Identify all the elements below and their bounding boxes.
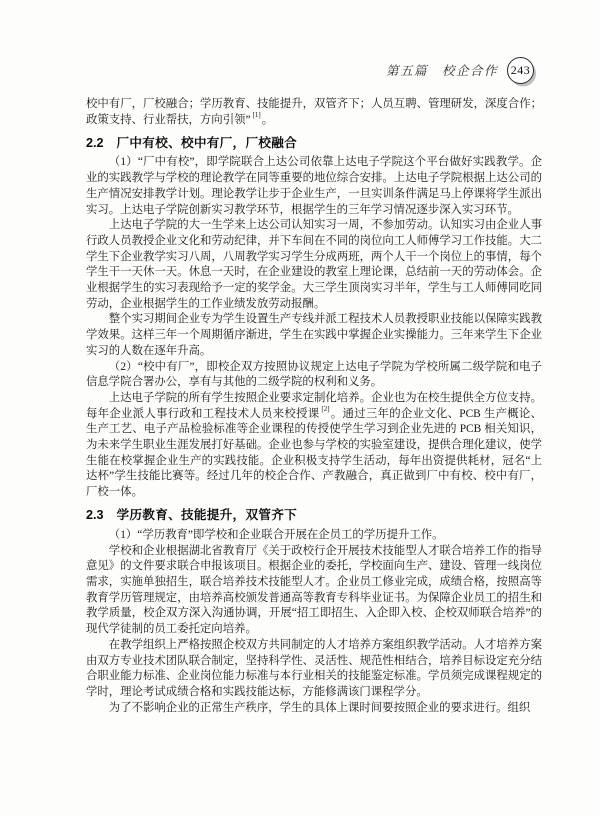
paragraph-text: （2）“校中有厂”，即校企双方按照协议规定上达电子学院为学校所属二级学院和电子信… — [86, 361, 542, 389]
body-paragraph: （1）“厂中有校”，即学院联合上达公司依靠上达电子学院这个平台做好实践教学。企业… — [86, 155, 542, 218]
body-paragraph: 为了不影响企业的正常生产秩序，学生的具体上课时间要按照企业的要求进行。组织 — [86, 701, 542, 717]
heading-number: 2.3 — [86, 508, 104, 522]
running-head: 第五篇 校企合作 243 — [0, 57, 534, 84]
chapter-title: 第五篇 校企合作 — [386, 61, 498, 81]
heading-number: 2.2 — [86, 136, 104, 150]
section-heading: 2.3学历教育、技能提升，双管齐下 — [86, 507, 542, 523]
paragraph-text: 在教学组织上严格按照企校双方共同制定的人才培养方案组织教学活动。人才培养方案由双… — [86, 639, 542, 698]
body-paragraph: 在教学组织上严格按照企校双方共同制定的人才培养方案组织教学活动。人才培养方案由双… — [86, 638, 542, 701]
body-paragraph: （2）“校中有厂”，即校企双方按照协议规定上达电子学院为学校所属二级学院和电子信… — [86, 360, 542, 391]
body-paragraph: 上达电子学院的大一生学来上达公司认知实习一周，不参加劳动。认知实习由企业人事行政… — [86, 218, 542, 312]
book-page: 第五篇 校企合作 243 校中有厂，厂校融合；学历教育、技能提升，双管齐下；人员… — [0, 0, 600, 817]
paragraph-text: 为了不影响企业的正常生产秩序，学生的具体上课时间要按照企业的要求进行。组织 — [109, 702, 530, 714]
paragraph-text: （1）“学历教育”即学校和企业联合开展在企员工的学历提升工作。 — [109, 529, 444, 541]
heading-title: 厂中有校、校中有厂，厂校融合 — [117, 136, 298, 150]
page-number-badge: 243 — [507, 57, 534, 84]
footnote-ref: [1] — [253, 111, 261, 119]
content-area: 校中有厂，厂校融合；学历教育、技能提升，双管齐下；人员互聘、管理研发，深度合作；… — [86, 97, 542, 716]
body-paragraph: 上达电子学院的所有学生按照企业要求定制化培养。企业也为在校生提供全方位支持。每年… — [86, 391, 542, 501]
body-paragraph: （1）“学历教育”即学校和企业联合开展在企员工的学历提升工作。 — [86, 528, 542, 544]
paragraph-text: 。 — [262, 114, 273, 126]
paragraph-text: 学校和企业根据湖北省教育厅《关于政校行企开展技术技能型人才联合培养工作的指导意见… — [86, 545, 542, 636]
section-heading: 2.2厂中有校、校中有厂，厂校融合 — [86, 135, 542, 151]
paragraph-text: 。通过三年的企业文化、PCB 生产概论、生产工艺、电子产品检验标准等企业课程的传… — [86, 408, 542, 499]
heading-title: 学历教育、技能提升，双管齐下 — [117, 508, 298, 522]
body-paragraph: 学校和企业根据湖北省教育厅《关于政校行企开展技术技能型人才联合培养工作的指导意见… — [86, 544, 542, 638]
paragraph-text: 校中有厂，厂校融合；学历教育、技能提升，双管齐下；人员互聘、管理研发，深度合作；… — [86, 98, 542, 126]
paragraph-text: 上达电子学院的大一生学来上达公司认知实习一周，不参加劳动。认知实习由企业人事行政… — [86, 219, 542, 310]
body-paragraph: 整个实习期间企业专为学生设置生产专线并派工程技术人员教授职业技能以保障实践教学效… — [86, 312, 542, 359]
paragraph-text: （1）“厂中有校”，即学院联合上达公司依靠上达电子学院这个平台做好实践教学。企业… — [86, 156, 542, 215]
page-number: 243 — [511, 63, 531, 78]
body-paragraph: 校中有厂，厂校融合；学历教育、技能提升，双管齐下；人员互聘、管理研发，深度合作；… — [86, 97, 542, 128]
paragraph-text: 整个实习期间企业专为学生设置生产专线并派工程技术人员教授职业技能以保障实践教学效… — [86, 313, 542, 356]
footnote-ref: [2] — [321, 405, 329, 413]
